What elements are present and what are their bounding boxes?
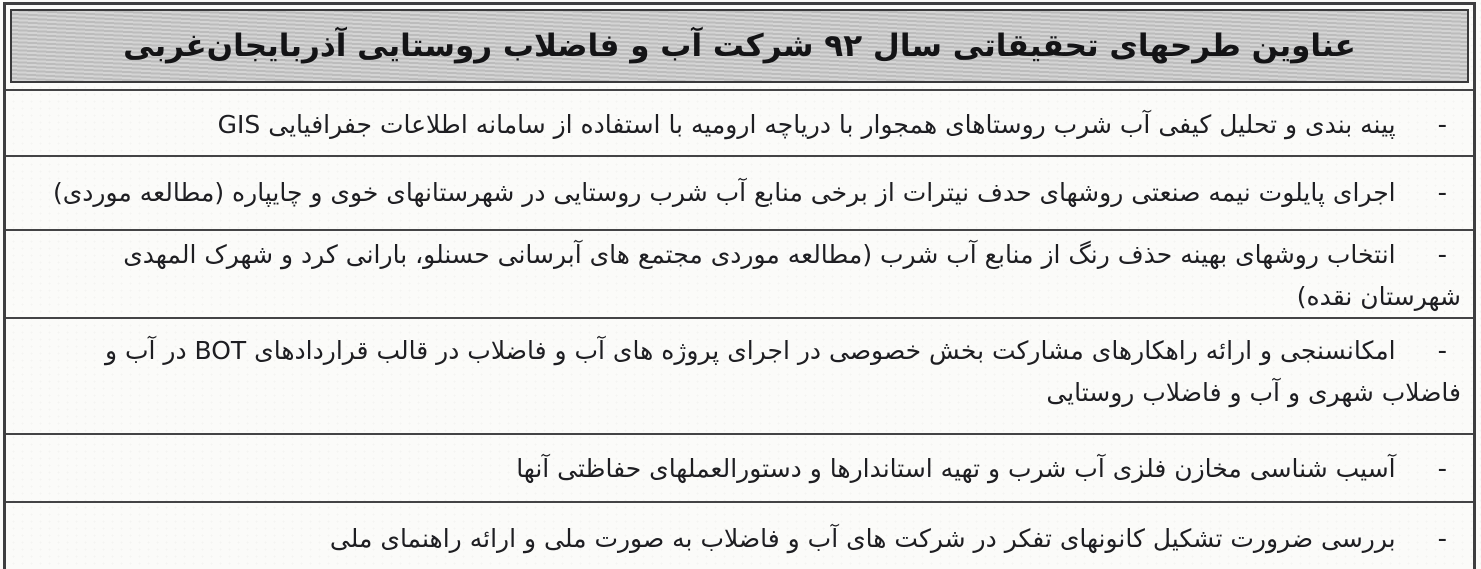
table-row: -امکانسنجی و ارائه راهکارهای مشارکت بخش …	[6, 317, 1473, 433]
table-row: -آسیب شناسی مخازن فلزی آب شرب و تهیه است…	[6, 433, 1473, 501]
row-text: انتخاب روشهای بهینه حذف رنگ از منابع آب …	[123, 240, 1461, 311]
list-dash-marker: -	[1438, 234, 1447, 276]
list-dash-marker: -	[1438, 518, 1447, 560]
list-dash-marker: -	[1438, 172, 1447, 214]
table-row: -انتخاب روشهای بهینه حذف رنگ از منابع آب…	[6, 229, 1473, 317]
table-row: -پینه بندی و تحلیل کیفی آب شرب روستاهای …	[6, 89, 1473, 155]
research-projects-table: عناوین طرحهای تحقیقاتی سال ۹۲ شرکت آب و …	[3, 2, 1476, 569]
row-text: اجرای پایلوت نیمه صنعتی روشهای حدف نیترا…	[53, 178, 1396, 207]
row-text: بررسی ضرورت تشکیل کانونهای تفکر در شرکت …	[330, 524, 1396, 553]
list-dash-marker: -	[1438, 448, 1447, 490]
scanned-document-page: عناوین طرحهای تحقیقاتی سال ۹۲ شرکت آب و …	[0, 0, 1481, 569]
list-dash-marker: -	[1438, 104, 1447, 146]
table-row: -اجرای پایلوت نیمه صنعتی روشهای حدف نیتر…	[6, 155, 1473, 229]
row-text: پینه بندی و تحلیل کیفی آب شرب روستاهای ه…	[218, 110, 1396, 139]
row-text: آسیب شناسی مخازن فلزی آب شرب و تهیه استا…	[516, 454, 1395, 483]
table-row: -بررسی ضرورت تشکیل کانونهای تفکر در شرکت…	[6, 501, 1473, 569]
table-header: عناوین طرحهای تحقیقاتی سال ۹۲ شرکت آب و …	[10, 9, 1469, 83]
list-dash-marker: -	[1438, 330, 1447, 372]
table-title: عناوین طرحهای تحقیقاتی سال ۹۲ شرکت آب و …	[123, 28, 1356, 64]
row-text: امکانسنجی و ارائه راهکارهای مشارکت بخش خ…	[105, 336, 1461, 407]
